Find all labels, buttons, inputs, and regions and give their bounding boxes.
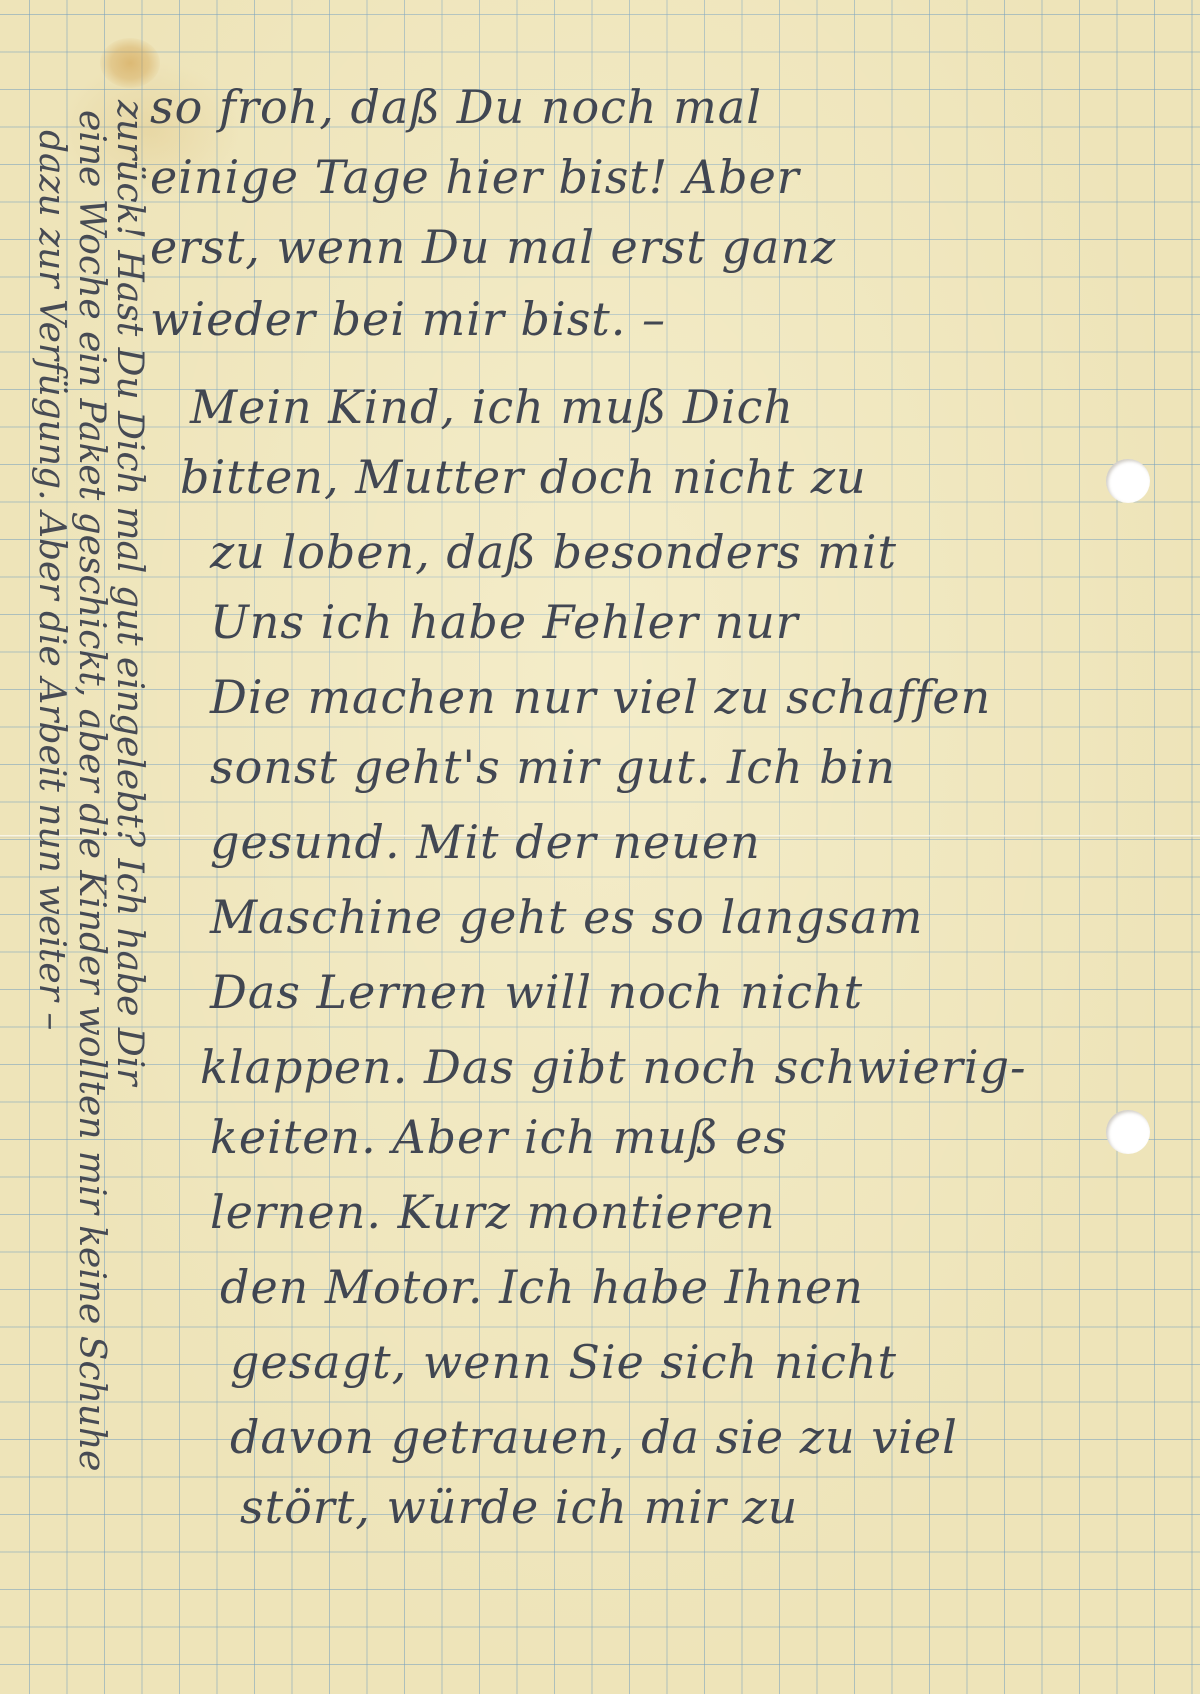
letter-line: Das Lernen will noch nicht [210,965,863,1019]
margin-note: zurück! Hast Du Dich mal gut eingelebt? … [109,100,150,1086]
margin-note: eine Woche ein Paket geschickt, aber die… [71,110,112,1471]
letter-line: bitten, Mutter doch nicht zu [180,450,867,504]
punch-hole-bottom [1106,1110,1150,1154]
letter-line: Die machen nur viel zu schaffen [210,670,991,724]
letter-line: wieder bei mir bist. – [150,292,666,346]
letter-line: Uns ich habe Fehler nur [210,595,799,649]
letter-line: davon getrauen, da sie zu viel [230,1410,958,1464]
letter-page: so froh, daß Du noch mal einige Tage hie… [0,0,1200,1694]
letter-line: keiten. Aber ich muß es [210,1110,788,1164]
letter-line: stört, würde ich mir zu [240,1480,798,1534]
punch-hole-top [1106,459,1150,503]
letter-line: erst, wenn Du mal erst ganz [150,220,836,274]
letter-line: gesagt, wenn Sie sich nicht [230,1335,897,1389]
letter-line: zu loben, daß besonders mit [210,525,897,579]
letter-line: einige Tage hier bist! Aber [150,150,800,204]
letter-line: Maschine geht es so langsam [210,890,923,944]
letter-line: so froh, daß Du noch mal [150,80,762,134]
letter-line: sonst geht's mir gut. Ich bin [210,740,896,794]
margin-note: dazu zur Verfügung. Aber die Arbeit nun … [31,130,72,1030]
letter-line: Mein Kind, ich muß Dich [190,380,794,434]
letter-line: gesund. Mit der neuen [210,815,761,869]
letter-line: lernen. Kurz montieren [210,1185,776,1239]
letter-line: den Motor. Ich habe Ihnen [220,1260,864,1314]
letter-line: klappen. Das gibt noch schwierig- [200,1040,1027,1094]
